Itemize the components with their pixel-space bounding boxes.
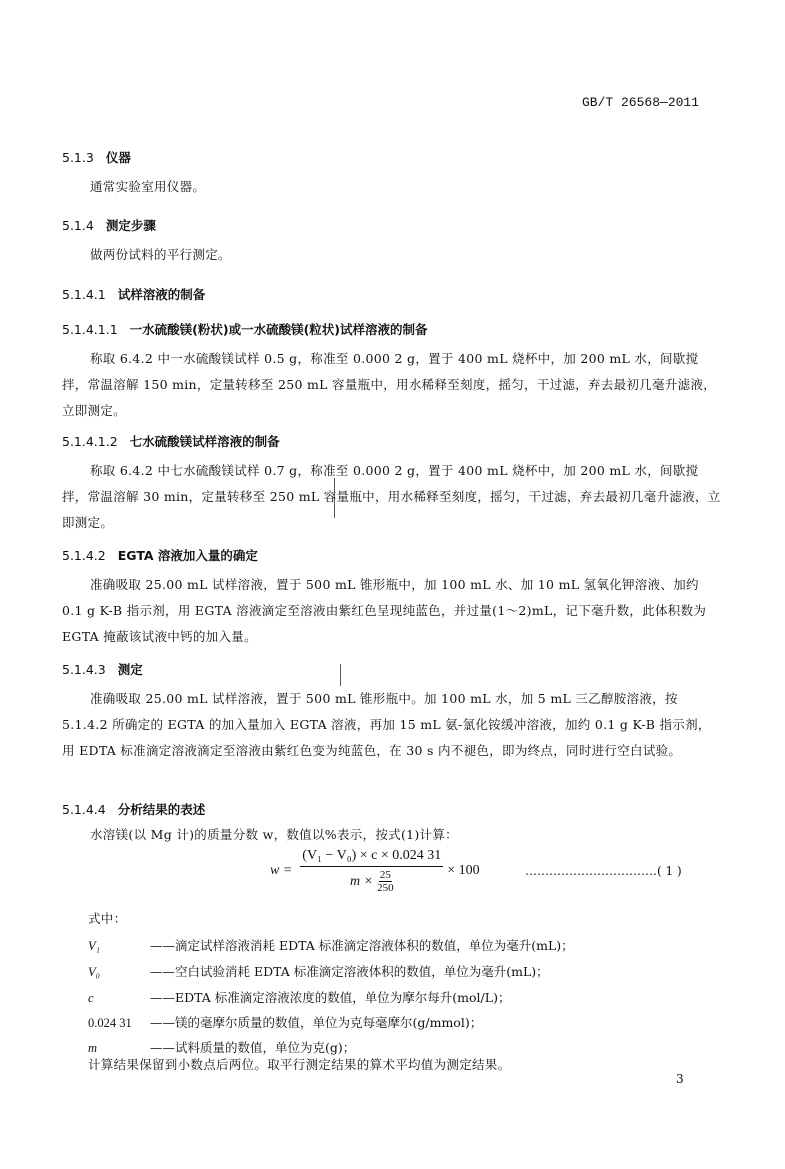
conclusion-text: 计算结果保留到小数点后两位。取平行测定结果的算术平均值为测定结果。: [88, 1052, 510, 1078]
section-number: 5.1.4.1.1: [62, 322, 118, 337]
variable-description: ——滴定试样溶液消耗 EDTA 标准滴定溶液体积的数值，单位为毫升(mL)；: [150, 938, 574, 953]
heading-5-1-4-1-2: 5.1.4.1.2七水硫酸镁试样溶液的制备: [62, 432, 280, 450]
section-title: 试样溶液的制备: [118, 287, 206, 302]
section-number: 5.1.4.2: [62, 548, 106, 563]
heading-5-1-4: 5.1.4测定步骤: [62, 216, 156, 234]
section-title: EGTA 溶液加入量的确定: [118, 548, 258, 563]
inner-fraction: 25 250: [377, 869, 394, 894]
page-number: 3: [676, 1072, 684, 1086]
section-number: 5.1.4.4: [62, 802, 106, 817]
inner-numerator: 25: [379, 869, 392, 882]
where-label: 式中：: [88, 906, 126, 932]
formula-numerator: (V₁ − V₀) × c × 0.024 31: [300, 848, 443, 867]
heading-5-1-3: 5.1.3仪器: [62, 148, 131, 166]
heading-5-1-4-3: 5.1.4.3测定: [62, 660, 143, 678]
section-number: 5.1.4.1.2: [62, 434, 118, 449]
variable-description: ——空白试验消耗 EDTA 标准滴定溶液体积的数值，单位为毫升(mL)；: [150, 964, 549, 979]
heading-5-1-4-1: 5.1.4.1试样溶液的制备: [62, 285, 205, 303]
paragraph-5-1-4-1-1: 称取 6.4.2 中一水硫酸镁试样 0.5 g，称准至 0.000 2 g，置于…: [62, 346, 722, 424]
variable-description: ——EDTA 标准滴定溶液浓度的数值，单位为摩尔每升(mol/L)；: [150, 990, 510, 1005]
variable-symbol: V₀: [88, 965, 150, 980]
equation-number: ……………………………( 1 ): [525, 864, 682, 878]
scan-artifact-line: [340, 664, 341, 686]
variable-row: 0.024 31——镁的毫摩尔质量的数值，单位为克每毫摩尔(g/mmol)；: [88, 1013, 482, 1031]
section-number: 5.1.4: [62, 218, 94, 233]
paragraph-5-1-3: 通常实验室用仪器。: [62, 174, 722, 200]
heading-5-1-4-1-1: 5.1.4.1.1一水硫酸镁(粉状)或一水硫酸镁(粒状)试样溶液的制备: [62, 320, 428, 338]
section-title: 七水硫酸镁试样溶液的制备: [130, 434, 280, 449]
leader-dots: ……………………………: [525, 864, 657, 878]
section-number: 5.1.4.3: [62, 662, 106, 677]
paragraph-5-1-4-1-2: 称取 6.4.2 中七水硫酸镁试样 0.7 g，称准至 0.000 2 g，置于…: [62, 458, 722, 536]
section-number: 5.1.3: [62, 150, 94, 165]
variable-row: V₁——滴定试样溶液消耗 EDTA 标准滴定溶液体积的数值，单位为毫升(mL)；: [88, 936, 574, 954]
formula-lhs: w =: [270, 863, 292, 879]
section-title: 测定步骤: [106, 218, 156, 233]
heading-5-1-4-4: 5.1.4.4分析结果的表述: [62, 800, 205, 818]
variable-row: V₀——空白试验消耗 EDTA 标准滴定溶液体积的数值，单位为毫升(mL)；: [88, 962, 549, 980]
variable-row: c——EDTA 标准滴定溶液浓度的数值，单位为摩尔每升(mol/L)；: [88, 988, 510, 1006]
variable-symbol: c: [88, 991, 150, 1006]
formula-denominator: m × 25 250: [350, 867, 394, 894]
formula-1: w = (V₁ − V₀) × c × 0.024 31 m × 25 250 …: [270, 848, 480, 894]
paragraph-5-1-4: 做两份试料的平行测定。: [62, 242, 722, 268]
variable-symbol: 0.024 31: [88, 1016, 150, 1031]
section-number: 5.1.4.1: [62, 287, 106, 302]
denominator-prefix: m ×: [350, 874, 373, 890]
formula-fraction: (V₁ − V₀) × c × 0.024 31 m × 25 250: [300, 848, 443, 894]
inner-denominator: 250: [377, 882, 394, 894]
standard-code: GB/T 26568—2011: [582, 95, 699, 110]
formula-intro: 水溶镁(以 Mg 计)的质量分数 w，数值以%表示，按式(1)计算：: [90, 822, 458, 848]
section-title: 仪器: [106, 150, 131, 165]
formula-multiplier: × 100: [447, 863, 479, 879]
heading-5-1-4-2: 5.1.4.2EGTA 溶液加入量的确定: [62, 546, 258, 564]
section-title: 测定: [118, 662, 143, 677]
paragraph-5-1-4-2: 准确吸取 25.00 mL 试样溶液，置于 500 mL 锥形瓶中，加 100 …: [62, 572, 722, 650]
section-title: 一水硫酸镁(粉状)或一水硫酸镁(粒状)试样溶液的制备: [130, 322, 428, 337]
section-title: 分析结果的表述: [118, 802, 206, 817]
scan-artifact-line: [334, 478, 335, 518]
variable-description: ——镁的毫摩尔质量的数值，单位为克每毫摩尔(g/mmol)；: [150, 1015, 482, 1030]
eq-number: ( 1 ): [657, 864, 682, 878]
paragraph-5-1-4-3: 准确吸取 25.00 mL 试样溶液，置于 500 mL 锥形瓶中。加 100 …: [62, 686, 722, 764]
variable-symbol: V₁: [88, 939, 150, 954]
